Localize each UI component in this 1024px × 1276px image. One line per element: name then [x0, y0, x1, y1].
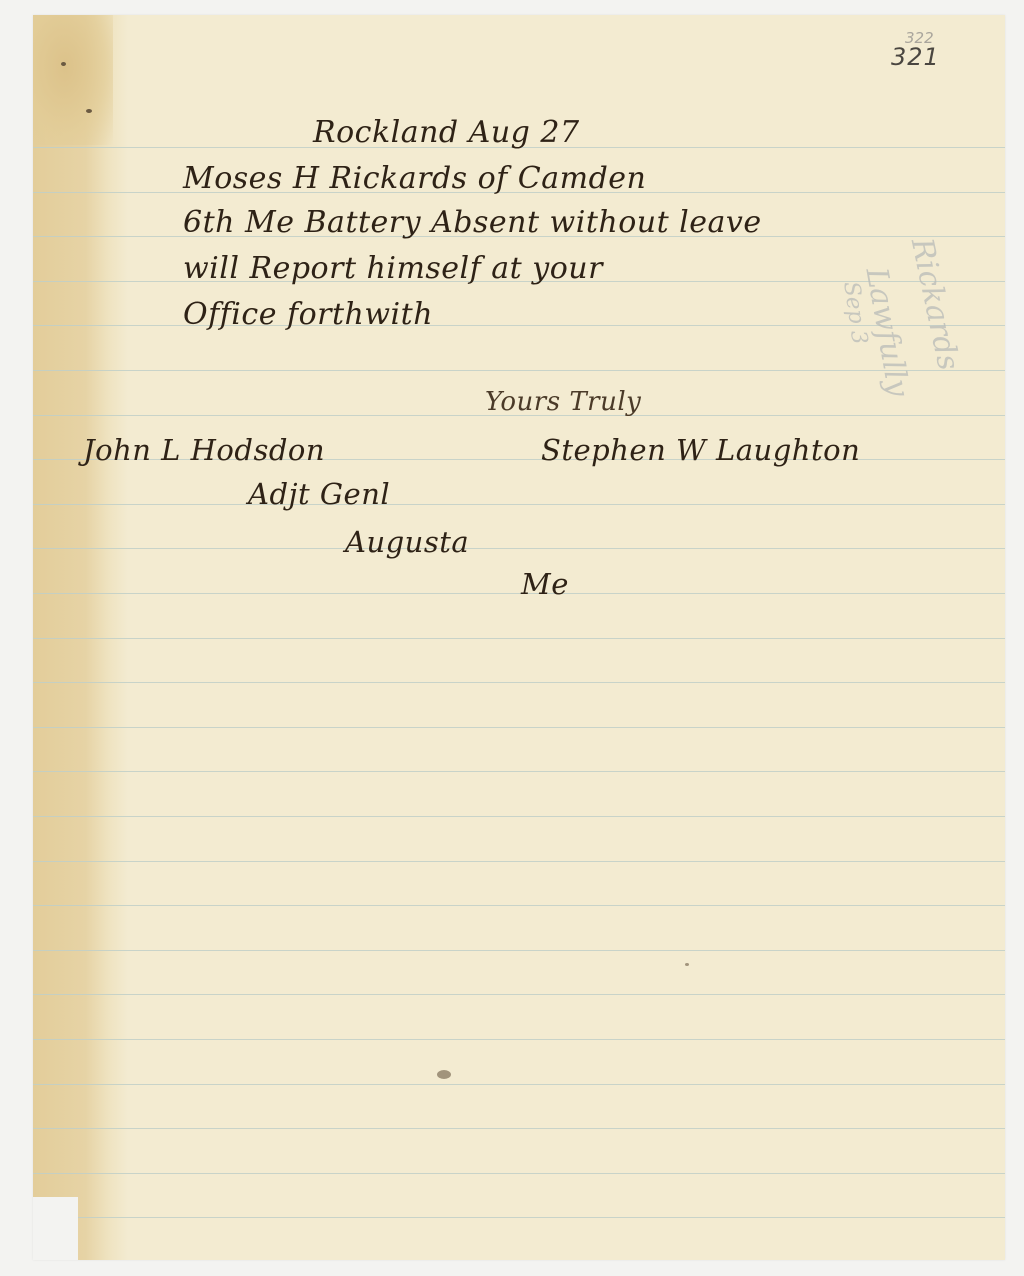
body-line-3: will Report himself at your	[183, 251, 603, 286]
address-line-3: Me	[521, 567, 569, 601]
body-line-1: Moses H Rickards of Camden	[183, 161, 646, 196]
body-line-4: Office forthwith	[183, 297, 433, 332]
address-line-2: Augusta	[345, 525, 469, 559]
ink-speck	[61, 62, 66, 66]
address-line-1: Adjt Genl	[248, 477, 390, 511]
ink-speck	[685, 963, 689, 966]
letter-page: 322 321 Rockland Aug 27 Moses H Rickards…	[33, 15, 1005, 1260]
torn-corner	[33, 1197, 78, 1260]
ruled-lines	[33, 15, 1005, 1260]
body-line-2: 6th Me Battery Absent without leave	[183, 205, 762, 240]
ink-blot	[437, 1070, 451, 1079]
sender-signature: Stephen W Laughton	[541, 433, 860, 467]
closing: Yours Truly	[485, 387, 641, 417]
place-date-heading: Rockland Aug 27	[313, 115, 580, 150]
page-number: 321	[891, 43, 940, 71]
ink-speck	[86, 109, 92, 113]
addressee-name: John L Hodsdon	[83, 433, 325, 467]
